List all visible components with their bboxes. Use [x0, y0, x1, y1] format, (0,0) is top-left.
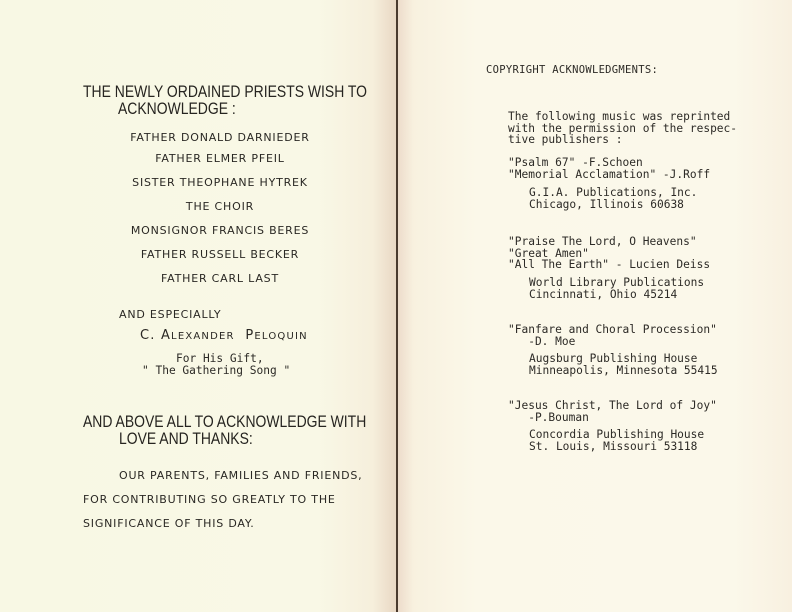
- thanks-heading-line2: LOVE AND THANKS:: [119, 429, 253, 449]
- entry-publisher: World Library Publications Cincinnati, O…: [529, 277, 704, 300]
- entry-publisher: Augsburg Publishing House Minneapolis, M…: [529, 353, 718, 376]
- acknowledged-name: FATHER DONALD DARNIEDER: [70, 131, 370, 144]
- acknowledge-heading-line2: ACKNOWLEDGE :: [118, 99, 236, 119]
- entry-works: "Psalm 67" -F.Schoen "Memorial Acclamati…: [508, 157, 710, 180]
- copyright-intro: The following music was reprinted with t…: [508, 111, 737, 146]
- entry-works: "Jesus Christ, The Lord of Joy" -P.Bouma…: [508, 400, 717, 423]
- entry-publisher: Concordia Publishing House St. Louis, Mi…: [529, 429, 704, 452]
- acknowledged-name: FATHER RUSSELL BECKER: [70, 248, 370, 261]
- entry-works: "Fanfare and Choral Procession" -D. Moe: [508, 324, 717, 347]
- special-name-sep: .: [150, 328, 161, 343]
- gift-line2: " The Gathering Song ": [142, 365, 290, 377]
- special-name-last-rest: ELOQUIN: [254, 331, 307, 342]
- special-name-initial: C: [140, 328, 150, 343]
- gift-line1: For His Gift,: [176, 353, 264, 365]
- special-name: C. ALEXANDER PELOQUIN: [140, 328, 308, 343]
- especially-label: AND ESPECIALLY: [119, 308, 221, 321]
- acknowledged-name: FATHER ELMER PFEIL: [70, 152, 370, 165]
- special-name-first-rest: LEXANDER: [171, 331, 235, 342]
- acknowledged-name: MONSIGNOR FRANCIS BERES: [70, 224, 370, 237]
- entry-publisher: G.I.A. Publications, Inc. Chicago, Illin…: [529, 187, 697, 210]
- acknowledged-name: FATHER CARL LAST: [70, 272, 370, 285]
- acknowledged-name: THE CHOIR: [70, 200, 370, 213]
- closing-line: SIGNIFICANCE OF THIS DAY.: [83, 517, 255, 530]
- special-name-first-cap: A: [161, 328, 171, 343]
- entry-works: "Praise The Lord, O Heavens" "Great Amen…: [508, 236, 710, 271]
- copyright-title: COPYRIGHT ACKNOWLEDGMENTS:: [486, 65, 658, 77]
- closing-line: FOR CONTRIBUTING SO GREATLY TO THE: [83, 493, 336, 506]
- right-page: [398, 0, 792, 612]
- acknowledged-name: SISTER THEOPHANE HYTREK: [70, 176, 370, 189]
- closing-line: OUR PARENTS, FAMILIES AND FRIENDS,: [119, 469, 362, 482]
